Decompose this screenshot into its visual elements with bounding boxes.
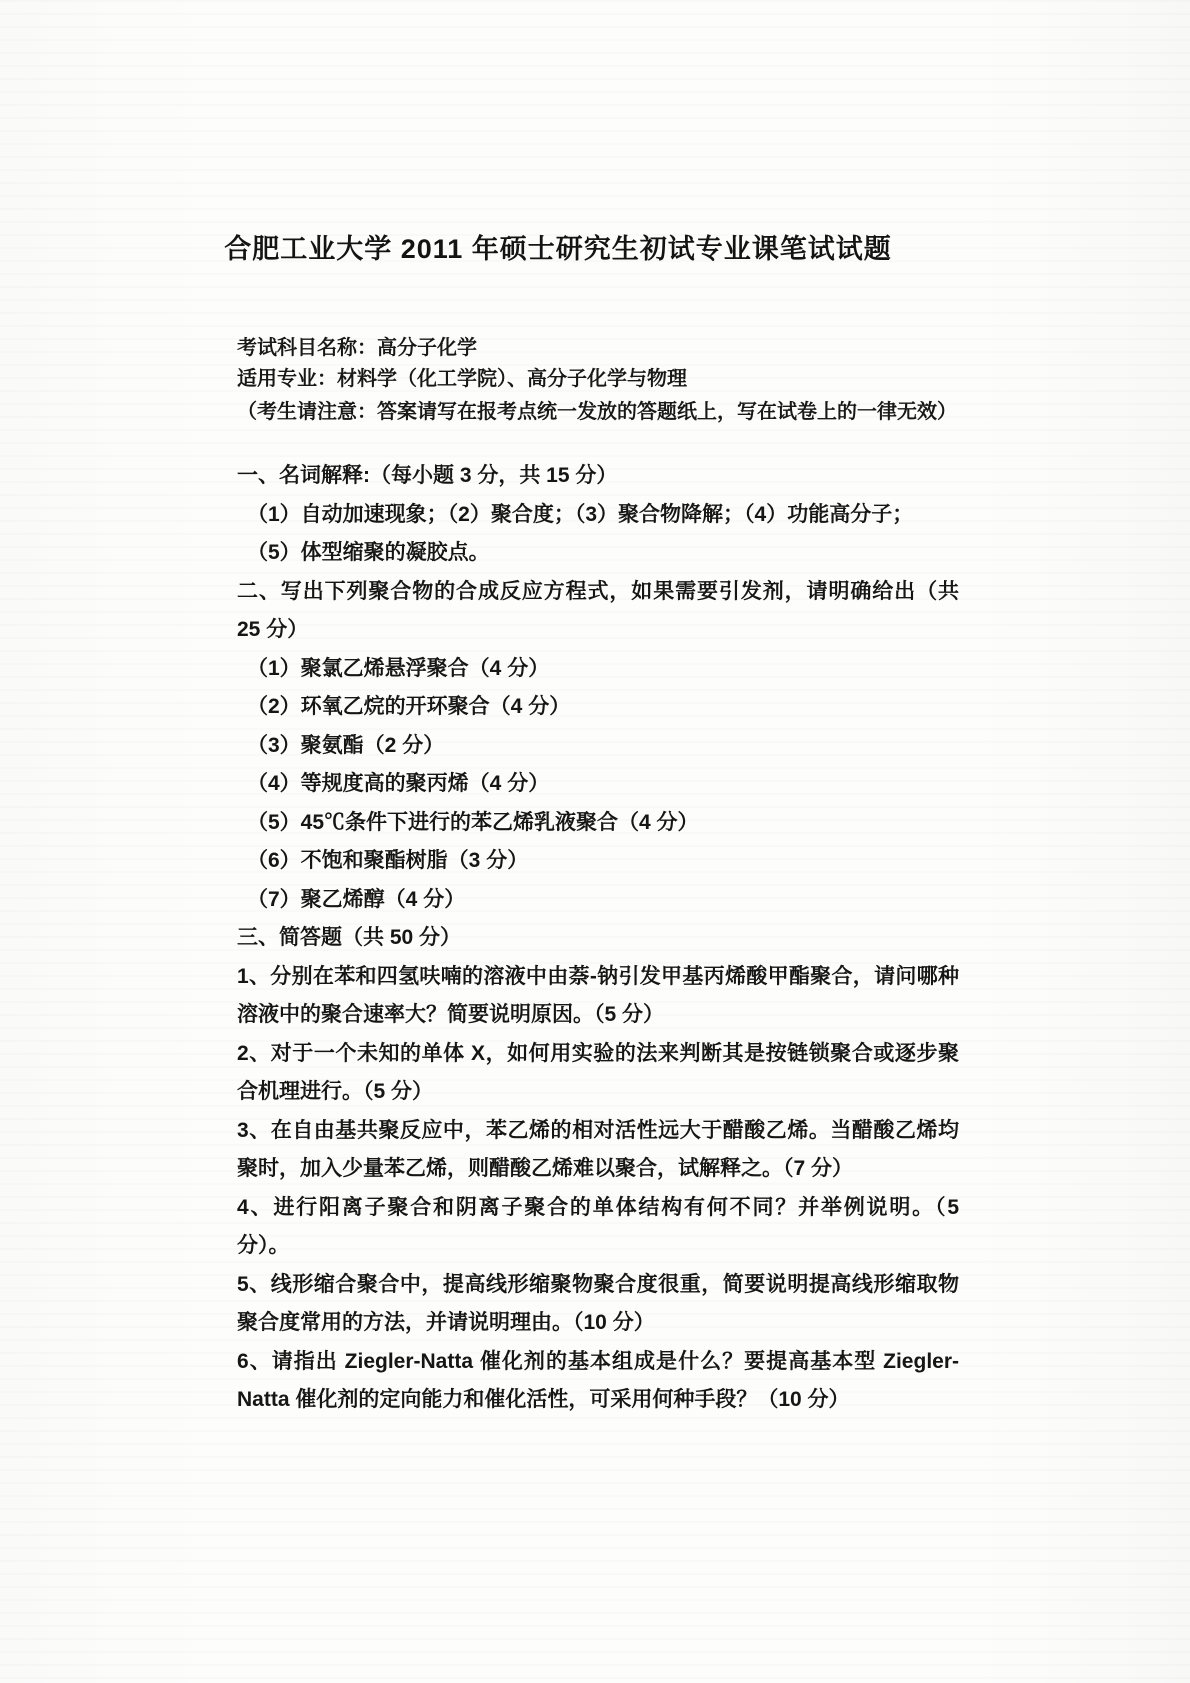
exam-meta: 考试科目名称：高分子化学 适用专业：材料学（化工学院）、高分子化学与物理 （考生… xyxy=(237,333,959,428)
title-row: 合肥工业大学 2011 年硕士研究生初试专业课笔试试题 xyxy=(197,232,919,266)
exam-body: 一、名词解释:（每小题 3 分，共 15 分） （1）自动加速现象；（2）聚合度… xyxy=(237,457,959,1420)
section-3-question: 5、线形缩合聚合中，提高线形缩聚物聚合度很重，简要说明提高线形缩取物聚合度常用的… xyxy=(237,1266,959,1343)
section-2-item: （3）聚氨酯（2 分） xyxy=(237,727,959,766)
section-2-item: （2）环氧乙烷的开环聚合（4 分） xyxy=(237,688,959,727)
section-3-question: 3、在自由基共聚反应中，苯乙烯的相对活性远大于醋酸乙烯。当醋酸乙烯均聚时，加入少… xyxy=(237,1112,959,1189)
section-3-question: 4、进行阳离子聚合和阴离子聚合的单体结构有何不同？并举例说明。（5 分）。 xyxy=(237,1189,959,1266)
page-content: 合肥工业大学 2011 年硕士研究生初试专业课笔试试题 考试科目名称：高分子化学… xyxy=(237,232,959,1420)
section-3-question: 2、对于一个未知的单体 X，如何用实验的法来判断其是按链锁聚合或逐步聚合机理进行… xyxy=(237,1035,959,1112)
section-1-line: （1）自动加速现象；（2）聚合度；（3）聚合物降解；（4）功能高分子； xyxy=(237,496,959,535)
section-2-item: （7）聚乙烯醇（4 分） xyxy=(237,881,959,920)
scanned-exam-page: 合肥工业大学 2011 年硕士研究生初试专业课笔试试题 考试科目名称：高分子化学… xyxy=(0,0,1190,1683)
section-2-heading: 二、写出下列聚合物的合成反应方程式，如果需要引发剂，请明确给出（共 25 分） xyxy=(237,573,959,650)
notice-line: （考生请注意：答案请写在报考点统一发放的答题纸上，写在试卷上的一律无效） xyxy=(237,397,959,428)
exam-title: 合肥工业大学 2011 年硕士研究生初试专业课笔试试题 xyxy=(197,232,919,266)
section-2-item: （4）等规度高的聚丙烯（4 分） xyxy=(237,765,959,804)
major-line: 适用专业：材料学（化工学院）、高分子化学与物理 xyxy=(237,364,959,395)
subject-line: 考试科目名称：高分子化学 xyxy=(237,333,959,364)
section-2-item: （1）聚氯乙烯悬浮聚合（4 分） xyxy=(237,650,959,689)
section-1-line: （5）体型缩聚的凝胶点。 xyxy=(237,534,959,573)
section-1-heading: 一、名词解释:（每小题 3 分，共 15 分） xyxy=(237,457,959,496)
section-2-item: （5）45℃条件下进行的苯乙烯乳液聚合（4 分） xyxy=(237,804,959,843)
section-2-item: （6）不饱和聚酯树脂（3 分） xyxy=(237,842,959,881)
section-3-question: 1、分别在苯和四氢呋喃的溶液中由萘-钠引发甲基丙烯酸甲酯聚合，请问哪种溶液中的聚… xyxy=(237,958,959,1035)
section-3-heading: 三、简答题（共 50 分） xyxy=(237,919,959,958)
section-3-question: 6、请指出 Ziegler-Natta 催化剂的基本组成是什么？要提高基本型 Z… xyxy=(237,1343,959,1420)
